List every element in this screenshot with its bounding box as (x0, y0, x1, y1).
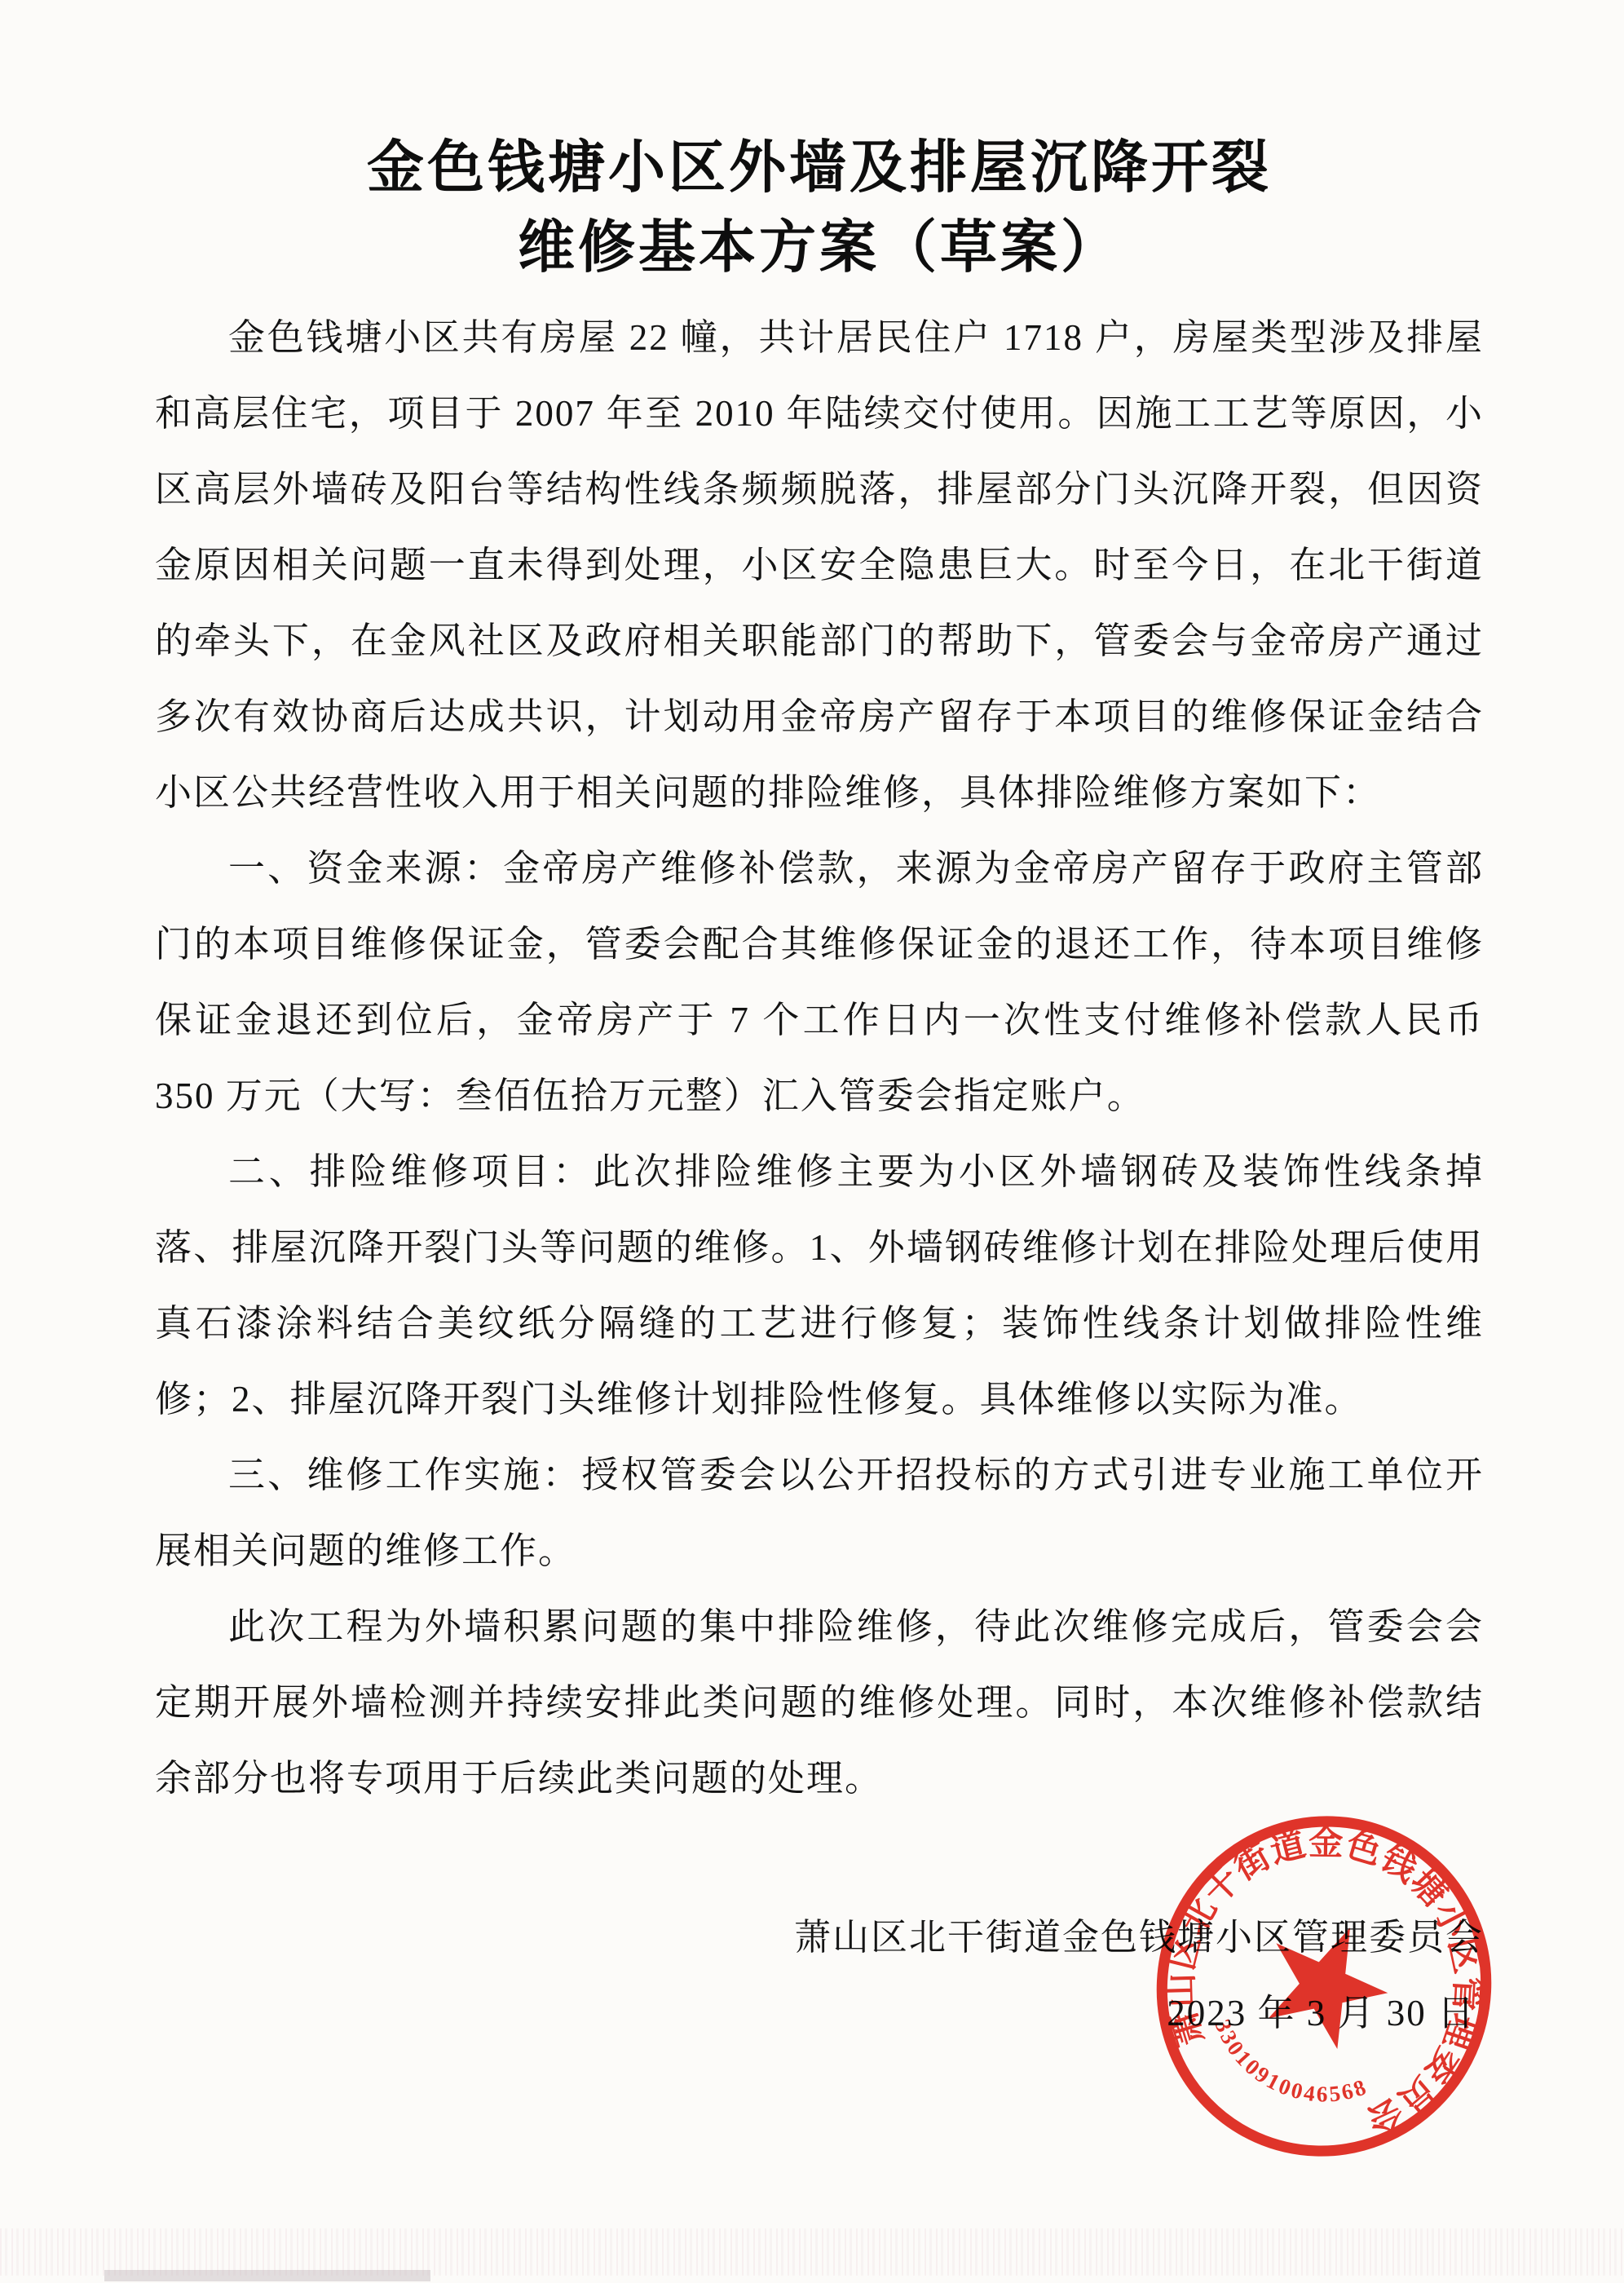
document-content: 金色钱塘小区外墙及排屋沉降开裂 维修基本方案（草案） 金色钱塘小区共有房屋 22… (155, 129, 1484, 2051)
scan-noise-mark (104, 2270, 430, 2281)
title-line-2: 维修基本方案（草案） (155, 209, 1484, 289)
scan-noise-band (0, 2228, 1624, 2276)
paragraph-implementation: 三、维修工作实施：授权管委会以公开招投标的方式引进专业施工单位开展相关问题的维修… (155, 1437, 1484, 1589)
star-icon (1247, 1903, 1406, 2059)
paragraph-repair-items: 二、排险维修项目：此次排险维修主要为小区外墙钢砖及装饰性线条掉落、排屋沉降开裂门… (155, 1134, 1484, 1437)
paragraph-intro: 金色钱塘小区共有房屋 22 幢，共计居民住户 1718 户，房屋类型涉及排屋和高… (155, 300, 1484, 831)
title-line-1: 金色钱塘小区外墙及排屋沉降开裂 (155, 129, 1484, 209)
document-title: 金色钱塘小区外墙及排屋沉降开裂 维修基本方案（草案） (155, 129, 1484, 289)
paragraph-funding-source: 一、资金来源：金帝房产维修补偿款，来源为金帝房产留存于政府主管部门的本项目维修保… (155, 831, 1484, 1134)
document-body: 金色钱塘小区共有房屋 22 幢，共计居民住户 1718 户，房屋类型涉及排屋和高… (155, 300, 1484, 1817)
scanned-document-page: 金色钱塘小区外墙及排屋沉降开裂 维修基本方案（草案） 金色钱塘小区共有房屋 22… (0, 0, 1624, 2283)
